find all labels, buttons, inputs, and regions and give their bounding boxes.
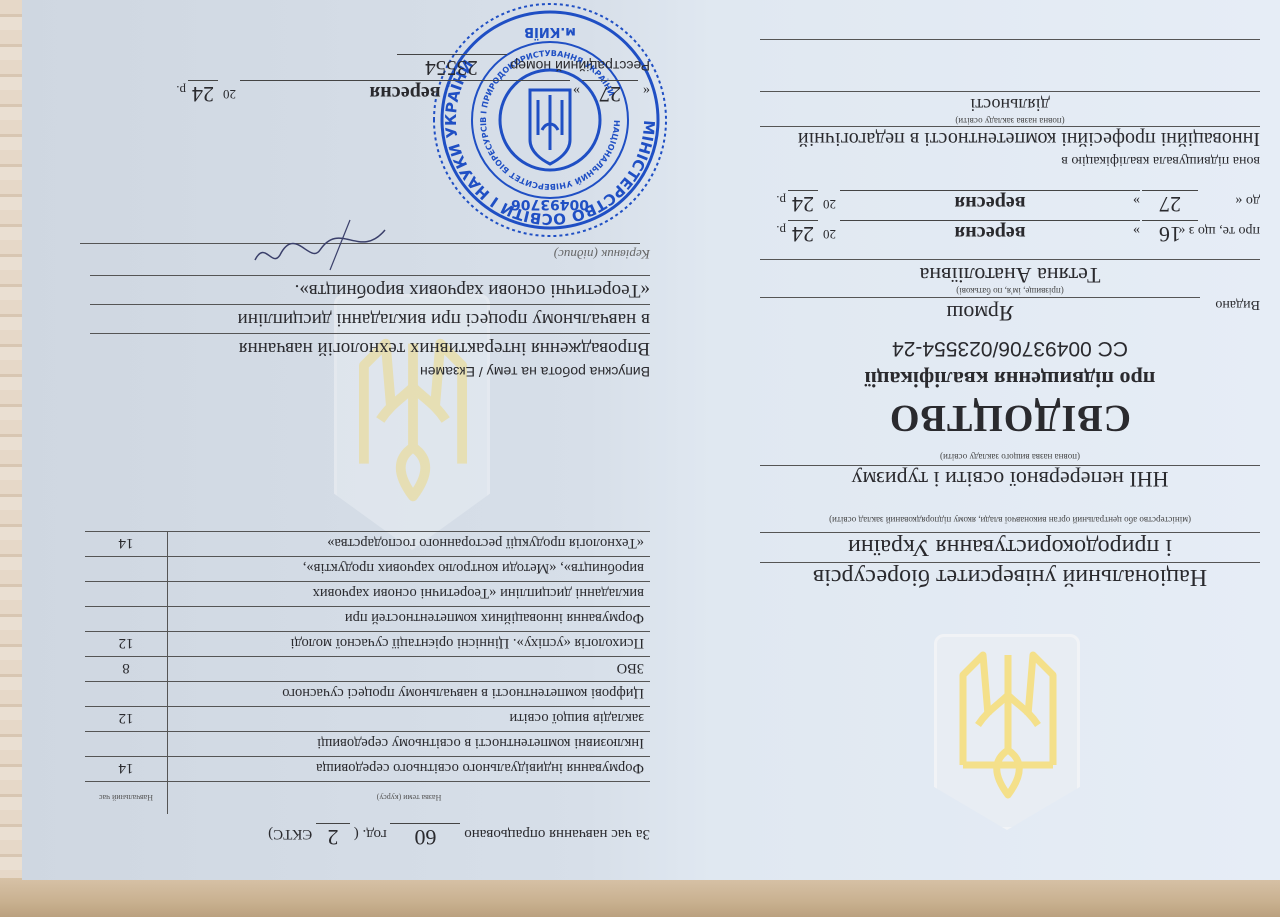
issue-date-day: 27 [582,80,638,107]
issue-date-prefix: « [643,82,650,98]
period-from-suffix: р. [776,222,786,238]
period-from-century: 20 [823,226,836,242]
registration-label: Реєстраційний номер [510,58,650,74]
course-hours [85,557,168,582]
signature-label: Керівник (підпис) [554,246,650,262]
course-hours: 14 [85,757,168,782]
period-from-row: про те, що з « 16 » вересня 20 24 р. [760,220,1260,250]
document-subtitle: про підвищення кваліфікації [760,366,1260,392]
document-title: СВІДОЦТВО [760,396,1260,440]
course-topic: Формування індивідуального освітнього се… [168,757,651,782]
period-to-row: до « 27 » вересня 20 24 р. [760,190,1260,220]
institution-note: (міністерство або центральний орган вико… [760,514,1260,525]
course-topic: Формування інноваційних компетентностей … [168,607,651,632]
table-row: виробництв», «Методи контролю харчових п… [85,557,650,582]
issue-date-row: « 27 » вересня 20 24 р. [90,80,650,110]
qualification-program-line2: діяльності [760,94,1260,115]
institution-name-line1: Національний університет біоресурсів [760,562,1260,590]
official-stamp-icon: МІНІСТЕРСТВО ОСВІТИ І НАУКИ УКРАЇНИ НАЦІ… [430,0,670,240]
final-work-line: Впровадження інтерактивних технологій на… [90,333,650,362]
stamp-city: м.КИЇВ [524,24,576,40]
certificate-front-page: Національний університет біоресурсів і п… [740,0,1280,880]
course-hours: 8 [85,657,168,682]
issue-date-suffix: р. [176,82,186,98]
period-to-prefix: до « [1235,192,1260,208]
course-topic: виробництв», «Методи контролю харчових п… [168,557,651,582]
course-topic: ЗВО [168,657,651,682]
course-hours: 12 [85,707,168,732]
hours-value: 60 [390,823,460,850]
hours-unit: год. ( [354,826,387,842]
wood-surface-bottom [0,878,1280,917]
study-hours-row: За час навчання опрацьовано 60 год. ( 2 … [90,823,650,850]
period-from-month: вересня [840,220,1140,244]
ects-value: 2 [316,823,350,850]
period-to-day: 27 [1142,190,1198,217]
period-to-century: 20 [823,196,836,212]
courses-table: Назва теми (курсу) Навчальний час Формув… [85,531,650,814]
issue-date-month: вересня [240,80,570,104]
final-work-line: в навчальному процесі при викладанні дис… [90,304,650,333]
institute-unit: ННІ неперервної освіти і туризму [760,465,1260,492]
final-work-title: Впровадження інтерактивних технологій на… [90,275,650,362]
hours-header: Навчальний час [85,782,168,815]
table-row: «Технологія продукції ресторанного госпо… [85,532,650,557]
holder-given-names: Тетяна Анатоліївна [760,262,1260,288]
qualification-label: вона підвищувала кваліфікацію в [1061,152,1260,168]
course-topic: Цифрові компетентності в навчальному про… [168,682,651,707]
qualification-note: (повна назва закладу освіти) [760,116,1260,126]
signature-icon [250,210,390,280]
course-hours [85,682,168,707]
course-topic: викладанні дисципліни «Теоретичні основи… [168,582,651,607]
course-topic: «Технологія продукції ресторанного госпо… [168,532,651,557]
table-row: викладанні дисципліни «Теоретичні основи… [85,582,650,607]
period-to-month: вересня [840,190,1140,214]
course-hours: 14 [85,532,168,557]
course-topic: Психологія «успіху». Ціннісні орієнтації… [168,632,651,657]
course-topic: закладів вищої освіти [168,707,651,732]
course-hours [85,607,168,632]
issue-date-century: 20 [223,86,236,102]
stamp-code: 00493706 [511,196,589,212]
final-work-label: Випускна робота на тему / Екзамен [420,364,650,380]
topic-header: Назва теми (курсу) [168,782,651,815]
course-topic: Інклюзивні компетентності в освітньому с… [168,732,651,757]
course-hours: 12 [85,632,168,657]
course-hours [85,732,168,757]
issue-date-year: 24 [188,80,218,107]
issued-label: Видано [1215,296,1260,312]
certificate-sheet: Національний університет біоресурсів і п… [22,0,1280,880]
ects-unit: ЄКТС) [268,826,312,842]
period-to-year: 24 [788,190,818,217]
holder-surname: Ярмош [760,300,1200,326]
course-hours [85,582,168,607]
table-row: закладів вищої освіти12 [85,707,650,732]
registration-number: 23554 [397,54,507,80]
table-row: Інклюзивні компетентності в освітньому с… [85,732,650,757]
institute-unit-note: (повна назва вищого закладу освіти) [760,452,1260,462]
table-row: Психологія «успіху». Ціннісні орієнтації… [85,632,650,657]
certificate-back-page: За час навчання опрацьовано 60 год. ( 2 … [22,0,690,880]
period-to-suffix: р. [776,192,786,208]
wood-surface [0,0,22,917]
table-row: Формування інноваційних компетентностей … [85,607,650,632]
table-row: Формування індивідуального освітнього се… [85,757,650,782]
registration-row: Реєстраційний номер 23554 [397,54,650,80]
period-from-year: 24 [788,220,818,247]
qualification-program-line1: Інноваційні професійні компетентності в … [760,126,1260,150]
institution-name-line2: і природокористування України [760,532,1260,560]
courses-table-header: Назва теми (курсу) Навчальний час [85,782,650,815]
table-row: Цифрові компетентності в навчальному про… [85,682,650,707]
certificate-number: СС 00493706/023554-24 [760,336,1260,360]
photo-stage: Національний університет біоресурсів і п… [0,0,1280,917]
trident-emblem-icon [934,634,1080,830]
period-from-day: 16 [1142,220,1198,247]
table-row: ЗВО8 [85,657,650,682]
hours-label: За час навчання опрацьовано [464,826,650,842]
